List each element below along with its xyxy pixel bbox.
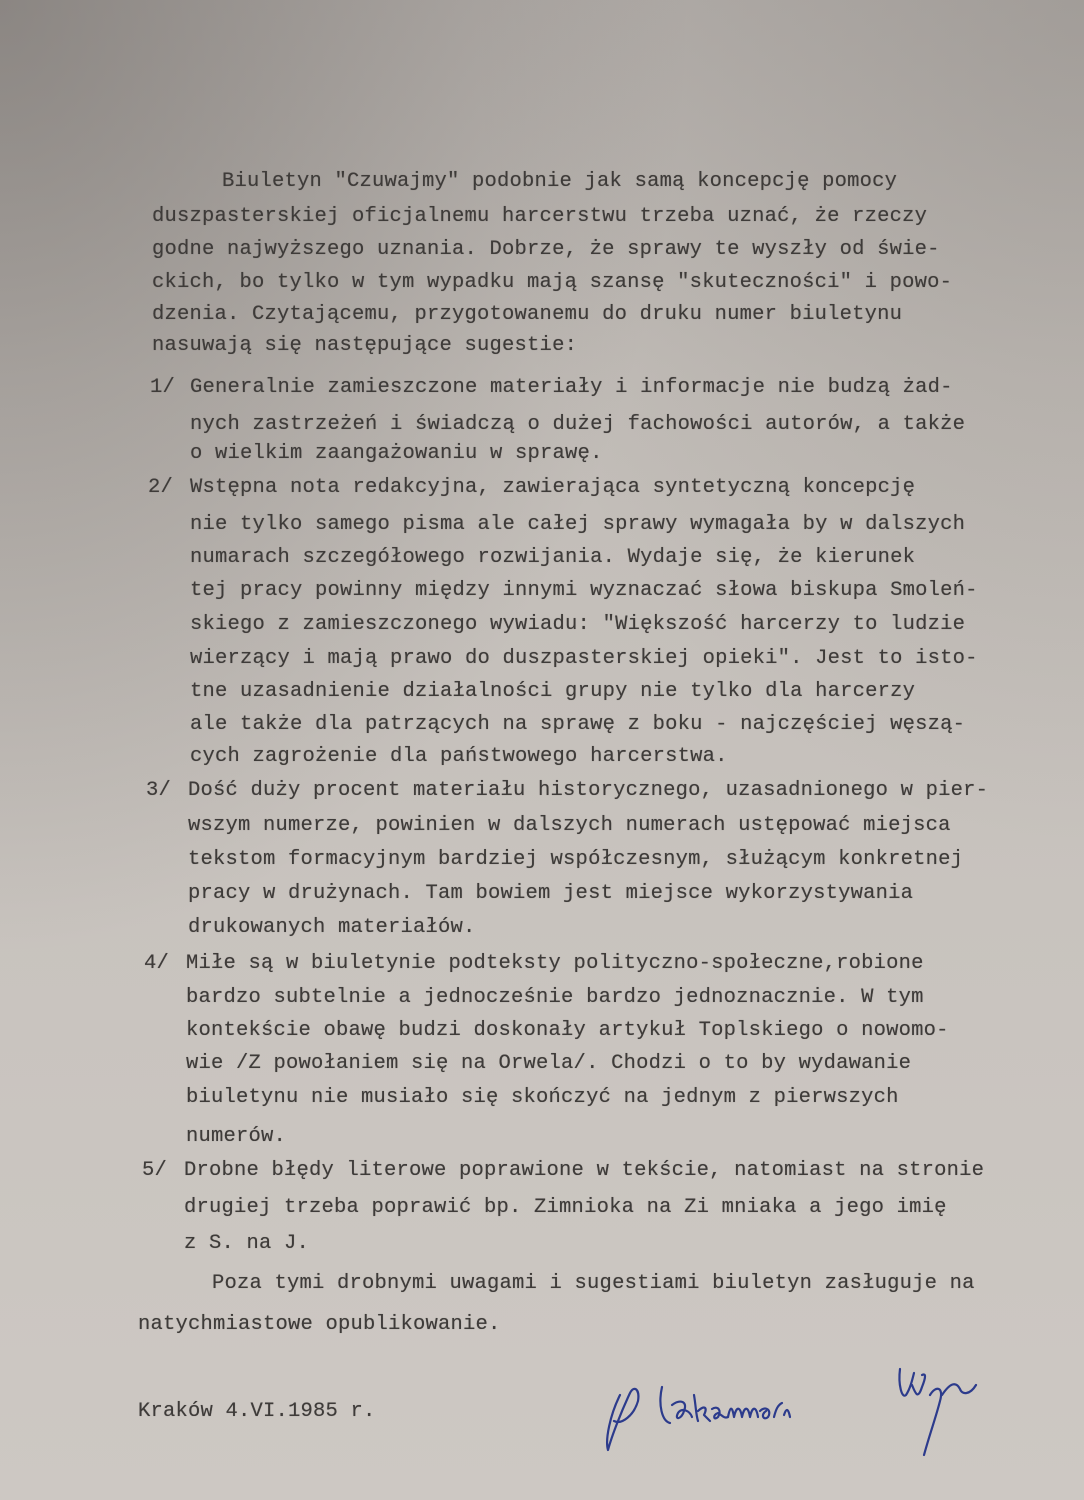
point-line: Wstępna nota redakcyjna, zawierająca syn… [190,476,915,499]
typewritten-letter-page: Biuletyn "Czuwajmy" podobnie jak samą ko… [0,0,1084,1500]
point-line: pracy w drużynach. Tam bowiem jest miejs… [188,882,913,905]
point-line: kontekście obawę budzi doskonały artykuł… [186,1019,949,1042]
point-line: tej pracy powinny między innymi wyznacza… [190,579,978,602]
point-line: drugiej trzeba poprawić bp. Zimnioka na … [184,1196,947,1219]
point-line: wierzący i mają prawo do duszpasterskiej… [190,647,978,670]
point-number: 2/ [148,476,173,499]
point-number: 1/ [150,376,175,399]
point-line: nych zastrzeżeń i świadczą o dużej facho… [190,413,965,436]
point-line: numarach szczegółowego rozwijania. Wydaj… [190,546,915,569]
intro-line: ckich, bo tylko w tym wypadku mają szans… [152,271,952,294]
intro-line: nasuwają się następujące sugestie: [152,334,577,357]
handwritten-signature [600,1355,1000,1475]
closing-line: natychmiastowe opublikowanie. [138,1313,501,1336]
point-line: cych zagrożenie dla państwowego harcerst… [190,745,728,768]
intro-line: duszpasterskiej oficjalnemu harcerstwu t… [152,205,927,228]
point-line: drukowanych materiałów. [188,916,476,939]
point-line: tekstom formacyjnym bardziej współczesny… [188,848,963,871]
point-line: Miłe są w biuletynie podteksty polityczn… [186,952,924,975]
point-line: ale także dla patrzących na sprawę z bok… [190,713,965,736]
point-line: tne uzasadnienie działalności grupy nie … [190,680,915,703]
point-line: Dość duży procent materiału historyczneg… [188,779,988,802]
point-line: wie /Z powołaniem się na Orwela/. Chodzi… [186,1052,911,1075]
point-line: o wielkim zaangażowaniu w sprawę. [190,442,603,465]
point-line: nie tylko samego pisma ale całej sprawy … [190,513,965,536]
intro-line: godne najwyższego uznania. Dobrze, że sp… [152,238,940,261]
point-line: biuletynu nie musiało się skończyć na je… [186,1086,899,1109]
point-number: 5/ [142,1159,167,1182]
point-number: 3/ [146,779,171,802]
point-line: numerów. [186,1125,286,1148]
closing-line: Poza tymi drobnymi uwagami i sugestiami … [212,1272,975,1295]
intro-line: Biuletyn "Czuwajmy" podobnie jak samą ko… [222,170,897,193]
point-line: Drobne błędy literowe poprawione w tekśc… [184,1159,984,1182]
place-date: Kraków 4.VI.1985 r. [138,1400,376,1423]
point-line: wszym numerze, powinien w dalszych numer… [188,814,951,837]
point-line: z S. na J. [184,1232,309,1255]
point-line: Generalnie zamieszczone materiały i info… [190,376,953,399]
intro-line: dzenia. Czytającemu, przygotowanemu do d… [152,303,902,326]
point-line: skiego z zamieszczonego wywiadu: "Większ… [190,613,965,636]
point-number: 4/ [144,952,169,975]
point-line: bardzo subtelnie a jednocześnie bardzo j… [186,986,924,1009]
